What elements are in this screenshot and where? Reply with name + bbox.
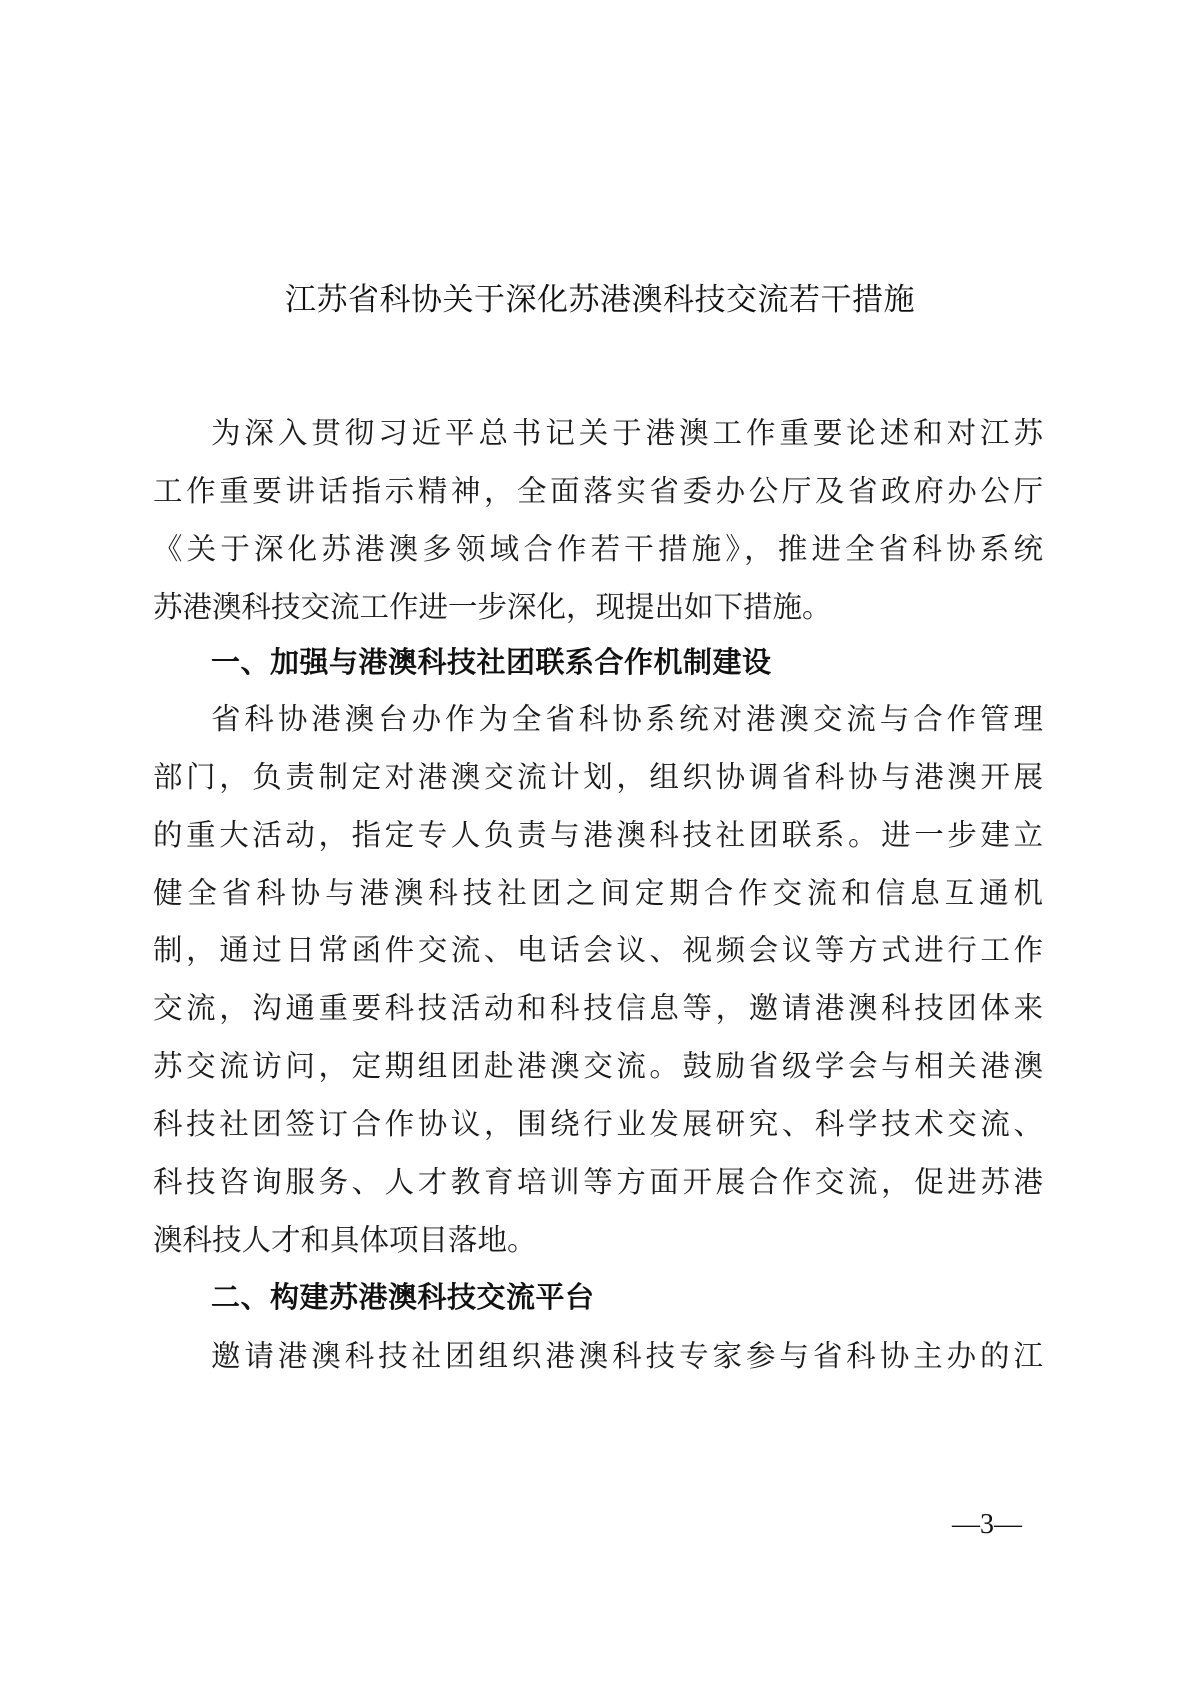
section-1-line-5: 制，通过日常函件交流、电话会议、视频会议等方式进行工作 [153, 930, 1043, 970]
section-1-line-3: 的重大活动，指定专人负责与港澳科技社团联系。进一步建立 [153, 815, 1043, 855]
intro-line-1: 为深入贯彻习近平总书记关于港澳工作重要论述和对江苏 [211, 413, 1043, 453]
section-1-line-4: 健全省科协与港澳科技社团之间定期合作交流和信息互通机 [153, 873, 1043, 913]
document-page: 江苏省科协关于深化苏港澳科技交流若干措施 为深入贯彻习近平总书记关于港澳工作重要… [0, 0, 1200, 1697]
section-1-line-1: 省科协港澳台办作为全省科协系统对港澳交流与合作管理 [211, 699, 1043, 739]
section-1-line-6: 交流，沟通重要科技活动和科技信息等，邀请港澳科技团体来 [153, 988, 1043, 1028]
section-1-heading: 一、加强与港澳科技社团联系合作机制建设 [211, 642, 772, 682]
intro-line-3: 《关于深化苏港澳多领域合作若干措施》，推进全省科协系统 [153, 529, 1043, 569]
page-number: —3— [952, 1508, 1022, 1542]
section-1-line-10: 澳科技人才和具体项目落地。 [153, 1220, 1043, 1260]
document-title: 江苏省科协关于深化苏港澳科技交流若干措施 [0, 277, 1200, 323]
section-1-line-9: 科技咨询服务、人才教育培训等方面开展合作交流，促进苏港 [153, 1162, 1043, 1202]
section-2-line-1: 邀请港澳科技社团组织港澳科技专家参与省科协主办的江 [211, 1336, 1043, 1376]
intro-line-4: 苏港澳科技交流工作进一步深化，现提出如下措施。 [153, 587, 1043, 627]
section-1-line-2: 部门，负责制定对港澳交流计划，组织协调省科协与港澳开展 [153, 757, 1043, 797]
section-1-line-7: 苏交流访问，定期组团赴港澳交流。鼓励省级学会与相关港澳 [153, 1046, 1043, 1086]
section-2-heading: 二、构建苏港澳科技交流平台 [211, 1277, 595, 1317]
section-1-line-8: 科技社团签订合作协议，围绕行业发展研究、科学技术交流、 [153, 1104, 1043, 1144]
intro-line-2: 工作重要讲话指示精神，全面落实省委办公厅及省政府办公厅 [153, 471, 1043, 511]
